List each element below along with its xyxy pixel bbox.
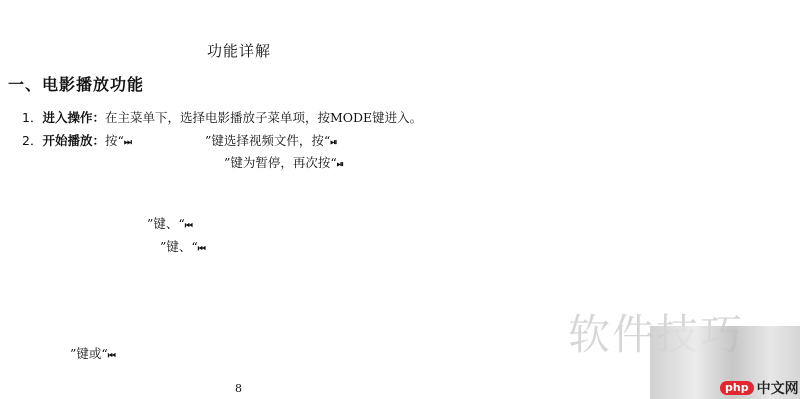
- list-item-1: 1．进入操作：在主菜单下，选择电影播放子菜单项，按MODE键进入。: [22, 108, 422, 126]
- list-item-2-cont: ”键选择视频文件，按“⏯: [205, 131, 336, 149]
- previous-track-icon: ⏮: [185, 221, 192, 231]
- fragment-text: ”键或“: [70, 346, 108, 361]
- php-cn-logo: php 中文网: [720, 378, 799, 398]
- fragment-line: ”键或“⏮: [70, 344, 115, 362]
- php-logo-text: 中文网: [757, 378, 799, 398]
- item-number: 2．: [22, 133, 42, 148]
- item-label: 进入操作：: [42, 110, 105, 125]
- next-track-icon: ⏭: [124, 138, 131, 148]
- fragment-line: ”键、“⏮: [147, 214, 192, 232]
- fragment-text: ”键、“: [147, 216, 185, 231]
- fragment-line: ”键、“⏮: [160, 237, 205, 255]
- previous-track-icon: ⏮: [108, 351, 115, 361]
- page-number: 8: [235, 382, 242, 395]
- list-item-2: 2．开始播放：按“⏭: [22, 131, 131, 149]
- play-pause-icon: ⏯: [330, 138, 336, 148]
- play-pause-icon: ⏯: [337, 160, 343, 170]
- item-number: 1．: [22, 110, 42, 125]
- item-text: 在主菜单下，选择电影播放子菜单项，按MODE键进入。: [105, 110, 422, 125]
- fragment-text: ”键、“: [160, 239, 198, 254]
- previous-track-icon: ⏮: [198, 244, 205, 254]
- item-label: 开始播放：: [42, 133, 105, 148]
- section-heading: 一、电影播放功能: [8, 72, 144, 95]
- item-text: 按“: [105, 133, 124, 148]
- php-badge: php: [720, 381, 754, 395]
- page-title: 功能详解: [207, 40, 271, 61]
- item-text: ”键选择视频文件，按“: [205, 133, 330, 148]
- list-item-2-cont2: ”键为暂停，再次按“⏯: [224, 153, 343, 171]
- item-text: ”键为暂停，再次按“: [224, 155, 337, 170]
